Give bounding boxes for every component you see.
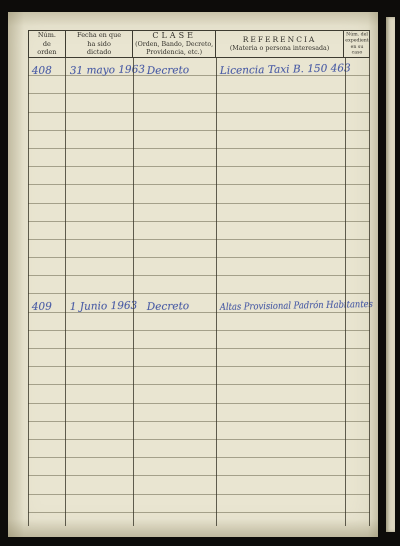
cell-clase	[133, 222, 216, 239]
cell-fecha	[65, 385, 133, 402]
column-rule	[369, 58, 370, 526]
cell-clase	[133, 258, 216, 275]
cell-referencia: Licencia Taxi B. 150 463	[216, 58, 345, 75]
cell-clase: Decreto	[133, 58, 216, 75]
cell-fecha	[65, 240, 133, 257]
table-row	[28, 258, 370, 276]
cell-num	[28, 131, 65, 148]
table-row	[28, 113, 370, 131]
header-referencia: REFERENCIA (Materia o persona interesada…	[216, 31, 344, 57]
cell-referencia	[216, 131, 345, 148]
table-row: 4091 Junio 1963DecretoAltas Provisional …	[28, 294, 370, 312]
column-rule	[133, 58, 134, 526]
cell-num	[28, 167, 65, 184]
cell-num	[28, 422, 65, 439]
cell-num	[28, 204, 65, 221]
adjacent-page-edge	[386, 17, 395, 532]
cell-expediente	[345, 440, 370, 457]
cell-expediente	[345, 495, 370, 512]
cell-clase	[133, 422, 216, 439]
cell-clase	[133, 113, 216, 130]
cell-clase	[133, 385, 216, 402]
table-header: Núm. de orden Fecha en que ha sido dicta…	[28, 30, 370, 58]
cell-expediente	[345, 94, 370, 111]
column-rule	[28, 58, 29, 526]
handwritten-clase: Decreto	[147, 299, 190, 317]
handwritten-fecha: 1 Junio 1963	[70, 298, 138, 316]
header-expediente-label: Núm. del expediente en su caso	[345, 32, 368, 56]
table-row	[28, 476, 370, 494]
ledger-page: Núm. de orden Fecha en que ha sido dicta…	[8, 12, 378, 537]
header-clase-sub: (Orden, Bando, Decreto, Providencia, etc…	[133, 41, 215, 57]
cell-clase	[133, 167, 216, 184]
cell-referencia	[216, 167, 345, 184]
cell-referencia	[216, 476, 345, 493]
cell-clase	[133, 94, 216, 111]
header-referencia-sub: (Materia o persona interesada)	[230, 45, 329, 53]
cell-clase	[133, 276, 216, 293]
cell-referencia	[216, 204, 345, 221]
cell-fecha	[65, 331, 133, 348]
cell-num	[28, 476, 65, 493]
cell-fecha	[65, 404, 133, 421]
cell-fecha	[65, 458, 133, 475]
table-row	[28, 349, 370, 367]
cell-clase	[133, 404, 216, 421]
cell-referencia	[216, 222, 345, 239]
cell-num	[28, 385, 65, 402]
cell-fecha: 1 Junio 1963	[65, 294, 133, 311]
cell-fecha	[65, 94, 133, 111]
column-rule	[65, 58, 66, 526]
header-expediente: Núm. del expediente en su caso	[344, 31, 369, 57]
cell-expediente	[345, 222, 370, 239]
cell-referencia	[216, 113, 345, 130]
cell-fecha	[65, 149, 133, 166]
handwritten-clase: Decreto	[147, 62, 190, 80]
cell-clase	[133, 331, 216, 348]
cell-num: 409	[28, 294, 65, 311]
cell-referencia	[216, 458, 345, 475]
cell-referencia	[216, 422, 345, 439]
cell-referencia	[216, 258, 345, 275]
cell-clase	[133, 149, 216, 166]
cell-referencia	[216, 331, 345, 348]
table-row: 40831 mayo 1963DecretoLicencia Taxi B. 1…	[28, 58, 370, 76]
cell-fecha	[65, 422, 133, 439]
header-referencia-title: REFERENCIA	[243, 35, 317, 45]
cell-num: 408	[28, 58, 65, 75]
cell-fecha: 31 mayo 1963	[65, 58, 133, 75]
table-row	[28, 422, 370, 440]
cell-fecha	[65, 131, 133, 148]
cell-num	[28, 222, 65, 239]
table-row	[28, 149, 370, 167]
table-rows: 40831 mayo 1963DecretoLicencia Taxi B. 1…	[28, 58, 370, 513]
cell-fecha	[65, 367, 133, 384]
cell-num	[28, 94, 65, 111]
table-row	[28, 495, 370, 513]
cell-num	[28, 349, 65, 366]
header-fecha-label: Fecha en que ha sido dictado	[66, 31, 133, 56]
cell-expediente	[345, 240, 370, 257]
cell-expediente	[345, 313, 370, 330]
table-row	[28, 367, 370, 385]
cell-clase	[133, 367, 216, 384]
header-fecha: Fecha en que ha sido dictado	[66, 31, 134, 57]
cell-num	[28, 495, 65, 512]
cell-num	[28, 367, 65, 384]
cell-num	[28, 440, 65, 457]
cell-fecha	[65, 204, 133, 221]
cell-expediente	[345, 331, 370, 348]
cell-referencia	[216, 94, 345, 111]
cell-fecha	[65, 495, 133, 512]
cell-fecha	[65, 222, 133, 239]
table-row	[28, 94, 370, 112]
cell-fecha	[65, 113, 133, 130]
cell-expediente	[345, 149, 370, 166]
table-row	[28, 458, 370, 476]
cell-fecha	[65, 185, 133, 202]
cell-fecha	[65, 258, 133, 275]
cell-referencia	[216, 385, 345, 402]
cell-referencia	[216, 276, 345, 293]
cell-expediente	[345, 367, 370, 384]
cell-fecha	[65, 476, 133, 493]
cell-clase	[133, 476, 216, 493]
table-row	[28, 167, 370, 185]
cell-clase	[133, 204, 216, 221]
table-row	[28, 185, 370, 203]
cell-referencia: Altas Provisional Padrón Habitantes	[216, 294, 345, 311]
cell-expediente	[345, 76, 370, 93]
cell-clase	[133, 240, 216, 257]
cell-referencia	[216, 149, 345, 166]
cell-clase	[133, 495, 216, 512]
table-row	[28, 276, 370, 294]
cell-clase: Decreto	[133, 294, 216, 311]
cell-fecha	[65, 349, 133, 366]
header-num-orden-label: Núm. de orden	[29, 31, 65, 56]
handwritten-referencia: Licencia Taxi B. 150 463	[220, 60, 351, 80]
header-clase-title: CLASE	[152, 31, 196, 41]
cell-num	[28, 276, 65, 293]
handwritten-num: 408	[32, 63, 52, 80]
cell-referencia	[216, 349, 345, 366]
table-row	[28, 240, 370, 258]
register-table: Núm. de orden Fecha en que ha sido dicta…	[28, 30, 370, 526]
table-row	[28, 131, 370, 149]
cell-expediente	[345, 458, 370, 475]
cell-expediente	[345, 349, 370, 366]
cell-num	[28, 149, 65, 166]
header-num-orden: Núm. de orden	[29, 31, 66, 57]
cell-clase	[133, 185, 216, 202]
cell-clase	[133, 131, 216, 148]
table-row	[28, 204, 370, 222]
cell-referencia	[216, 404, 345, 421]
cell-clase	[133, 349, 216, 366]
column-rule	[345, 58, 346, 526]
cell-expediente	[345, 476, 370, 493]
cell-num	[28, 404, 65, 421]
cell-expediente	[345, 276, 370, 293]
header-clase: CLASE (Orden, Bando, Decreto, Providenci…	[133, 31, 216, 57]
cell-referencia	[216, 367, 345, 384]
handwritten-num: 409	[32, 299, 52, 316]
cell-fecha	[65, 167, 133, 184]
table-row	[28, 331, 370, 349]
cell-expediente	[345, 385, 370, 402]
cell-expediente	[345, 258, 370, 275]
table-row	[28, 222, 370, 240]
cell-fecha	[65, 440, 133, 457]
cell-num	[28, 185, 65, 202]
cell-expediente	[345, 131, 370, 148]
cell-referencia	[216, 240, 345, 257]
cell-clase	[133, 440, 216, 457]
cell-referencia	[216, 440, 345, 457]
cell-num	[28, 113, 65, 130]
table-row	[28, 404, 370, 422]
table-row	[28, 385, 370, 403]
cell-expediente	[345, 422, 370, 439]
cell-expediente	[345, 204, 370, 221]
table-row	[28, 440, 370, 458]
cell-expediente	[345, 113, 370, 130]
cell-fecha	[65, 276, 133, 293]
cell-expediente	[345, 404, 370, 421]
cell-num	[28, 458, 65, 475]
cell-num	[28, 331, 65, 348]
cell-expediente	[345, 185, 370, 202]
cell-num	[28, 240, 65, 257]
cell-num	[28, 258, 65, 275]
cell-clase	[133, 458, 216, 475]
cell-expediente	[345, 167, 370, 184]
cell-referencia	[216, 495, 345, 512]
column-rule	[216, 58, 217, 526]
table-body: 40831 mayo 1963DecretoLicencia Taxi B. 1…	[28, 58, 370, 526]
cell-referencia	[216, 185, 345, 202]
scanned-ledger-photo: { "document": { "type": "scanned municip…	[0, 0, 400, 546]
